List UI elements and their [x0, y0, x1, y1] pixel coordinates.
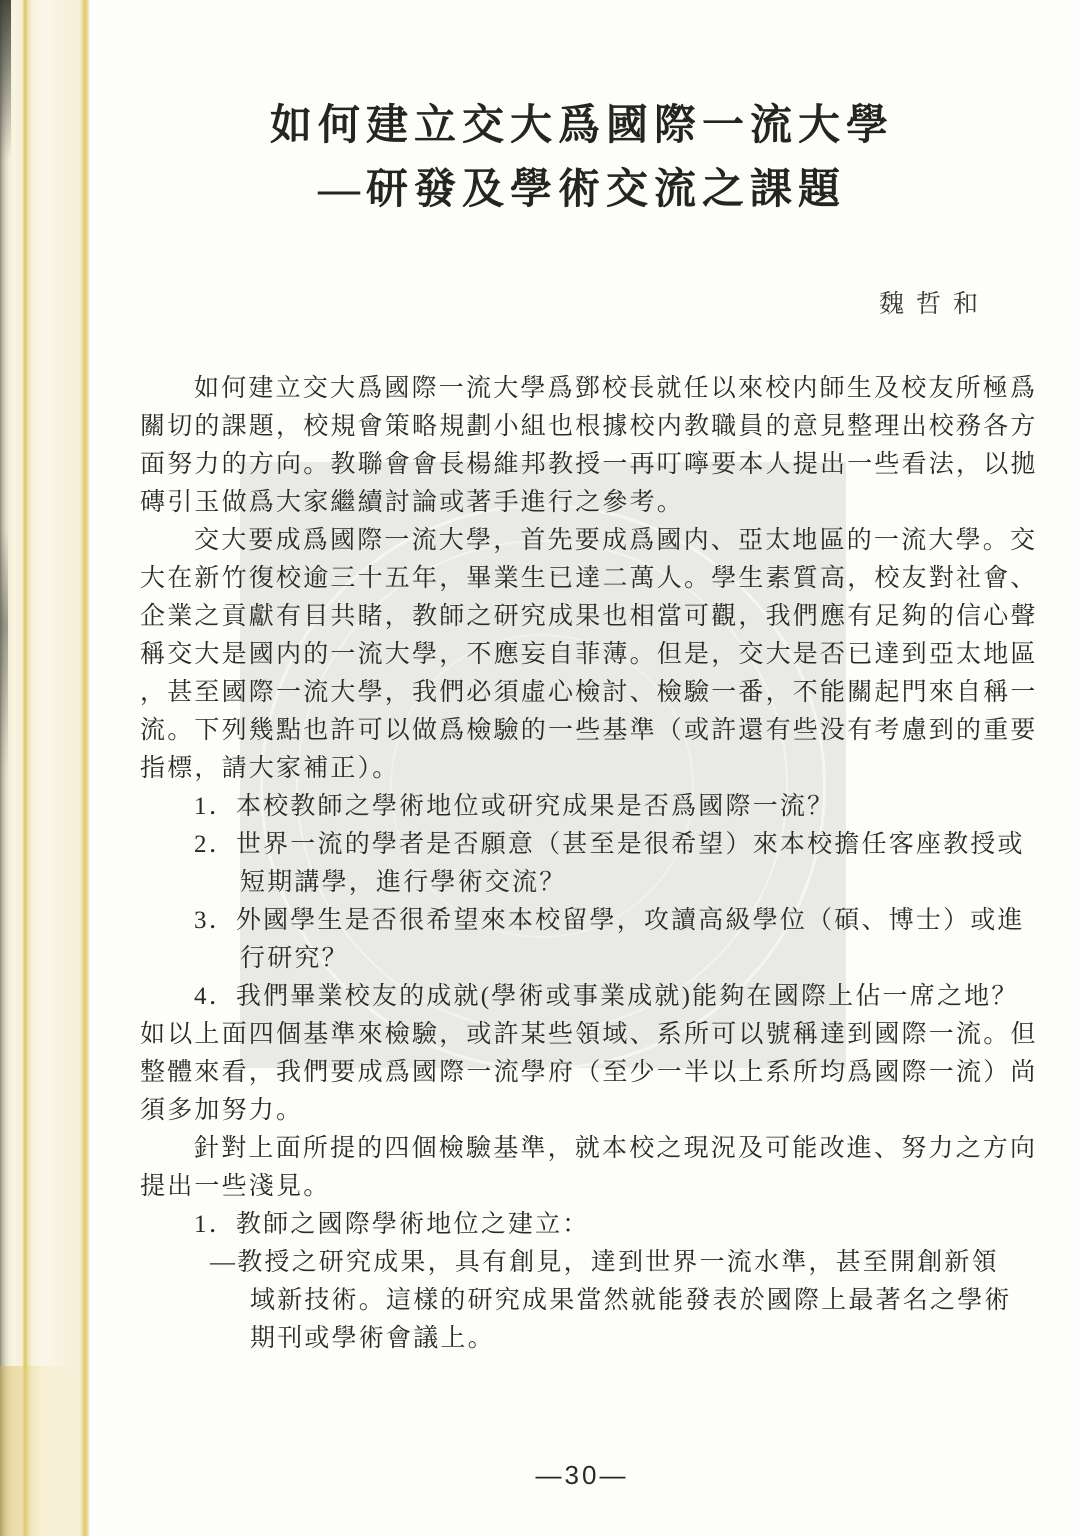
page-number: —30— [140, 1460, 1024, 1491]
body-line: 針對上面所提的四個檢驗基準，就本校之現況及可能改進、努力之方向 [140, 1130, 1024, 1168]
body-line: 1．教師之國際學術地位之建立： [140, 1206, 1024, 1244]
edge-smudge-top [0, 0, 11, 160]
author-name: 魏哲和 [140, 284, 1024, 320]
scanned-page: 如何建立交大爲國際一流大學 —研發及學術交流之課題 魏哲和 如何建立交大爲國際一… [0, 0, 1079, 1536]
body-line: 大在新竹復校逾三十五年，畢業生已達二萬人。學生素質高，校友對社會、 [140, 560, 1024, 598]
body-line: 面努力的方向。教聯會會長楊維邦教授一再叮嚀要本人提出一些看法，以拋 [140, 446, 1024, 484]
body-text: 如何建立交大爲國際一流大學爲鄧校長就任以來校内師生及校友所極爲關切的課題，校規會… [140, 370, 1024, 1358]
body-line: 企業之貢獻有目共睹，教師之研究成果也相當可觀，我們應有足夠的信心聲 [140, 598, 1024, 636]
body-line: ，甚至國際一流大學，我們必須虛心檢討、檢驗一番，不能關起門來自稱一 [140, 674, 1024, 712]
page-title: 如何建立交大爲國際一流大學 —研發及學術交流之課題 [140, 0, 1024, 222]
body-line: 提出一些淺見。 [140, 1168, 1024, 1206]
body-line: 關切的課題，校規會策略規劃小組也根據校内教職員的意見整理出校務各方 [140, 408, 1024, 446]
body-line: 短期講學，進行學術交流？ [140, 864, 1024, 902]
body-line: 2．世界一流的學者是否願意（甚至是很希望）來本校擔任客座教授或 [140, 826, 1024, 864]
body-line: 行研究？ [140, 940, 1024, 978]
body-line: 須多加努力。 [140, 1092, 1024, 1130]
edge-smudge-bottom [0, 1366, 90, 1536]
body-line: 如以上面四個基準來檢驗，或許某些領域、系所可以號稱達到國際一流。但 [140, 1016, 1024, 1054]
body-line: 3．外國學生是否很希望來本校留學，攻讀高級學位（碩、博士）或進 [140, 902, 1024, 940]
edge-smudge-middle [0, 530, 8, 770]
body-line: 4．我們畢業校友的成就(學術或事業成就)能夠在國際上佔一席之地？ [140, 978, 1024, 1016]
body-line: 期刊或學術會議上。 [140, 1320, 1024, 1358]
body-line: —教授之研究成果，具有創見，達到世界一流水準，甚至開創新領 [140, 1244, 1024, 1282]
page-content: 如何建立交大爲國際一流大學 —研發及學術交流之課題 魏哲和 如何建立交大爲國際一… [140, 0, 1024, 1358]
body-line: 磚引玉做爲大家繼續討論或著手進行之參考。 [140, 484, 1024, 522]
body-line: 流。下列幾點也許可以做爲檢驗的一些基準（或許還有些没有考慮到的重要 [140, 712, 1024, 750]
body-line: 指標，請大家補正）。 [140, 750, 1024, 788]
body-line: 稱交大是國内的一流大學，不應妄自菲薄。但是，交大是否已達到亞太地區 [140, 636, 1024, 674]
body-line: 域新技術。這樣的研究成果當然就能發表於國際上最著名之學術 [140, 1282, 1024, 1320]
body-line: 如何建立交大爲國際一流大學爲鄧校長就任以來校内師生及校友所極爲 [140, 370, 1024, 408]
body-line: 1．本校教師之學術地位或研究成果是否爲國際一流？ [140, 788, 1024, 826]
body-line: 整體來看，我們要成爲國際一流學府（至少一半以上系所均爲國際一流）尚 [140, 1054, 1024, 1092]
title-line-2: —研發及學術交流之課題 [140, 158, 1024, 222]
book-binding-edge [0, 0, 90, 1536]
title-line-1: 如何建立交大爲國際一流大學 [140, 94, 1024, 158]
body-line: 交大要成爲國際一流大學，首先要成爲國内、亞太地區的一流大學。交 [140, 522, 1024, 560]
